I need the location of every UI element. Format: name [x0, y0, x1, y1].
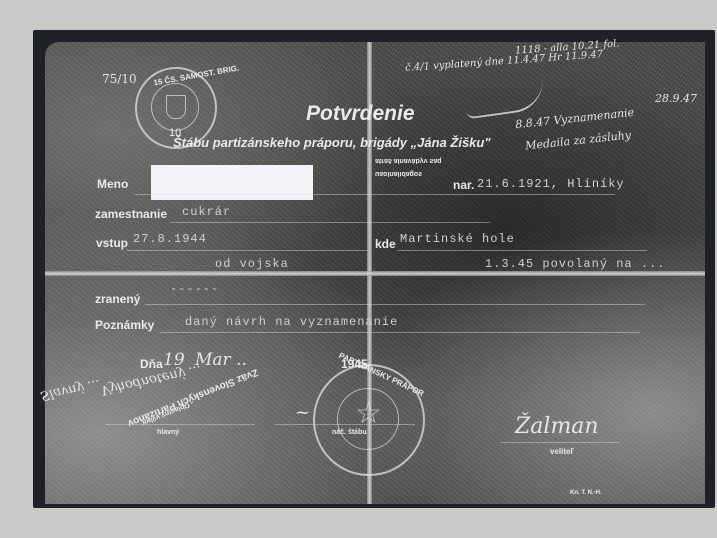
commander-signature-line [500, 442, 620, 443]
occupation-label: zamestnanie [95, 207, 167, 221]
handwritten-note-1: 8.8.47 Vyznamenanie [515, 106, 635, 131]
entry-value: 27.8.1944 [133, 232, 207, 246]
army-date-value: 1.3.45 povolaný na ... [485, 257, 665, 271]
birth-value: 21.6.1921, Hlíníky [477, 177, 625, 191]
small-print-2: uaolnalidagos [375, 170, 422, 177]
army-value: od vojska [215, 257, 289, 271]
birth-label: nar. [453, 178, 474, 192]
coat-of-arms-icon [166, 95, 186, 119]
horizontal-fold [45, 271, 705, 276]
notes-underline [160, 332, 640, 333]
handwritten-note-top-2: č.4/1 vyplatený dne 11.4.47 Hr 11.9.47 [405, 49, 604, 74]
small-print-1: atraš alnavábyv saq [375, 157, 442, 164]
occupation-value: cukrár [182, 205, 231, 219]
printer-mark: Kn. T. N.-H. [570, 490, 602, 496]
mid-signature: ~ [295, 402, 310, 423]
reference-number: 75/10 [102, 72, 137, 86]
place-underline [397, 250, 647, 251]
commander-label: veliteľ [550, 447, 574, 456]
document-title: Potvrdenie [306, 102, 415, 126]
handwritten-date: 28.9.47 [655, 92, 697, 105]
handwritten-left-note: Slavný ... [39, 376, 101, 403]
name-underline [135, 194, 615, 195]
battalion-stamp: ☆ PARTIZÁNSKY PRÁPOR [313, 364, 425, 476]
wounded-label: zranený [95, 292, 140, 306]
left-signature-line [105, 424, 255, 425]
star-icon: ☆ [355, 396, 382, 431]
entry-label: vstup [96, 236, 128, 250]
notes-label: Poznámky [95, 318, 154, 332]
date-month: Mar .. [195, 350, 247, 370]
document-negative: 15 ČS. SAMOST. BRIG. 10 75/10 Potvrdenie… [45, 42, 705, 504]
commander-signature: Žalman [515, 414, 599, 439]
wounded-underline [145, 304, 645, 305]
mid-signature-label: náč. štábu [332, 429, 367, 436]
document-subtitle: Štábu partizánskeho práporu, brigády „Já… [173, 135, 491, 150]
wounded-value: ------ [170, 282, 219, 296]
place-value: Martinské hole [400, 232, 515, 246]
top-signature-scribble [463, 77, 547, 120]
stamp-left-text: 15 ČS. SAMOST. BRIG. [153, 64, 240, 88]
notes-value: daný návrh na vyznamenanie [185, 315, 398, 329]
left-signature-label: hlavný [157, 429, 179, 436]
mid-signature-line [275, 424, 415, 425]
place-label: kde [375, 237, 396, 251]
entry-underline [127, 250, 367, 251]
occupation-underline [170, 222, 490, 223]
name-label: Meno [97, 177, 128, 191]
handwritten-note-2: Medaila za zásluhy [525, 128, 632, 152]
